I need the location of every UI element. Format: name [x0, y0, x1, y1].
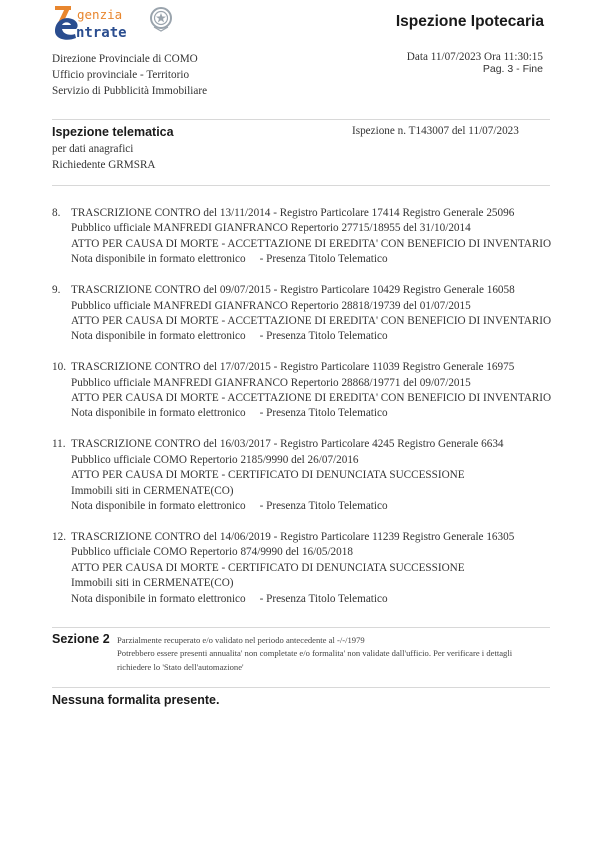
svg-text:genzia: genzia	[77, 7, 122, 22]
entry-number: 8.	[52, 206, 71, 268]
entry-line: Immobili siti in CERMENATE(CO)	[71, 576, 552, 591]
entry-line: TRASCRIZIONE CONTRO del 14/06/2019 - Reg…	[71, 530, 552, 545]
list-item: 12. TRASCRIZIONE CONTRO del 14/06/2019 -…	[52, 530, 552, 607]
note-text: Nota disponibile in formato elettronico	[71, 500, 246, 512]
no-formalities-message: Nessuna formalita presente.	[52, 693, 219, 707]
divider	[52, 185, 550, 186]
entry-line: TRASCRIZIONE CONTRO del 16/03/2017 - Reg…	[71, 437, 552, 452]
office-line: Ufficio provinciale - Territorio	[52, 67, 207, 83]
entry-line: Pubblico ufficiale MANFREDI GIANFRANCO R…	[71, 299, 552, 314]
inspection-details: per dati anagrafici Richiedente GRMSRA	[52, 141, 155, 173]
office-line: Servizio di Pubblicità Immobiliare	[52, 83, 207, 99]
note-suffix: - Presenza Titolo Telematico	[260, 407, 388, 419]
agenzia-entrate-logo: genzia ntrate	[52, 3, 177, 43]
inspection-requester: Richiedente GRMSRA	[52, 157, 155, 173]
entry-number: 9.	[52, 283, 71, 345]
entry-line: TRASCRIZIONE CONTRO del 17/07/2015 - Reg…	[71, 360, 552, 375]
note-suffix: - Presenza Titolo Telematico	[260, 593, 388, 605]
italian-republic-emblem-icon	[149, 5, 173, 33]
inspection-title: Ispezione telematica	[52, 125, 174, 139]
entry-line: Immobili siti in CERMENATE(CO)	[71, 484, 552, 499]
entry-line: ATTO PER CAUSA DI MORTE - CERTIFICATO DI…	[71, 468, 552, 483]
section-2-label: Sezione 2	[52, 632, 110, 646]
note-text: Nota disponibile in formato elettronico	[71, 330, 246, 342]
entry-note: Nota disponibile in formato elettronico-…	[71, 252, 552, 267]
document-title: Ispezione Ipotecaria	[396, 13, 544, 31]
office-info: Direzione Provinciale di COMO Ufficio pr…	[52, 51, 207, 99]
date-block: Data 11/07/2023 Ora 11:30:15 Pag. 3 - Fi…	[407, 51, 543, 75]
page-number: Pag. 3 - Fine	[407, 64, 543, 75]
entry-note: Nota disponibile in formato elettronico-…	[71, 499, 552, 514]
list-item: 10. TRASCRIZIONE CONTRO del 17/07/2015 -…	[52, 360, 552, 422]
note-text: Nota disponibile in formato elettronico	[71, 253, 246, 265]
entry-note: Nota disponibile in formato elettronico-…	[71, 329, 552, 344]
inspection-number: Ispezione n. T143007 del 11/07/2023	[352, 125, 519, 137]
note-text: Nota disponibile in formato elettronico	[71, 593, 246, 605]
section-2-text: Parzialmente recuperato e/o validato nel…	[117, 634, 557, 674]
entry-line: ATTO PER CAUSA DI MORTE - ACCETTAZIONE D…	[71, 237, 552, 252]
note-text: Nota disponibile in formato elettronico	[71, 407, 246, 419]
entry-line: Pubblico ufficiale COMO Repertorio 874/9…	[71, 545, 552, 560]
note-suffix: - Presenza Titolo Telematico	[260, 500, 388, 512]
entry-number: 11.	[52, 437, 71, 514]
section-2-line: Potrebbero essere presenti annualita' no…	[117, 647, 557, 660]
divider	[52, 627, 550, 628]
divider	[52, 119, 550, 120]
note-suffix: - Presenza Titolo Telematico	[260, 330, 388, 342]
formalities-list: 8. TRASCRIZIONE CONTRO del 13/11/2014 - …	[52, 206, 552, 622]
inspection-subtitle: per dati anagrafici	[52, 141, 155, 157]
entry-note: Nota disponibile in formato elettronico-…	[71, 406, 552, 421]
svg-text:ntrate: ntrate	[76, 25, 127, 41]
entry-line: TRASCRIZIONE CONTRO del 13/11/2014 - Reg…	[71, 206, 552, 221]
divider	[52, 687, 550, 688]
entry-line: TRASCRIZIONE CONTRO del 09/07/2015 - Reg…	[71, 283, 552, 298]
entry-line: ATTO PER CAUSA DI MORTE - CERTIFICATO DI…	[71, 561, 552, 576]
entry-line: ATTO PER CAUSA DI MORTE - ACCETTAZIONE D…	[71, 314, 552, 329]
entry-line: Pubblico ufficiale MANFREDI GIANFRANCO R…	[71, 221, 552, 236]
entry-line: Pubblico ufficiale COMO Repertorio 2185/…	[71, 453, 552, 468]
list-item: 11. TRASCRIZIONE CONTRO del 16/03/2017 -…	[52, 437, 552, 514]
list-item: 9. TRASCRIZIONE CONTRO del 09/07/2015 - …	[52, 283, 552, 345]
section-2-line: richiedere lo 'Stato dell'automazione'	[117, 661, 557, 674]
entry-line: Pubblico ufficiale MANFREDI GIANFRANCO R…	[71, 376, 552, 391]
office-line: Direzione Provinciale di COMO	[52, 51, 207, 67]
section-2-line: Parzialmente recuperato e/o validato nel…	[117, 634, 557, 647]
entry-number: 12.	[52, 530, 71, 607]
list-item: 8. TRASCRIZIONE CONTRO del 13/11/2014 - …	[52, 206, 552, 268]
entry-note: Nota disponibile in formato elettronico-…	[71, 592, 552, 607]
note-suffix: - Presenza Titolo Telematico	[260, 253, 388, 265]
entry-line: ATTO PER CAUSA DI MORTE - ACCETTAZIONE D…	[71, 391, 552, 406]
entry-number: 10.	[52, 360, 71, 422]
